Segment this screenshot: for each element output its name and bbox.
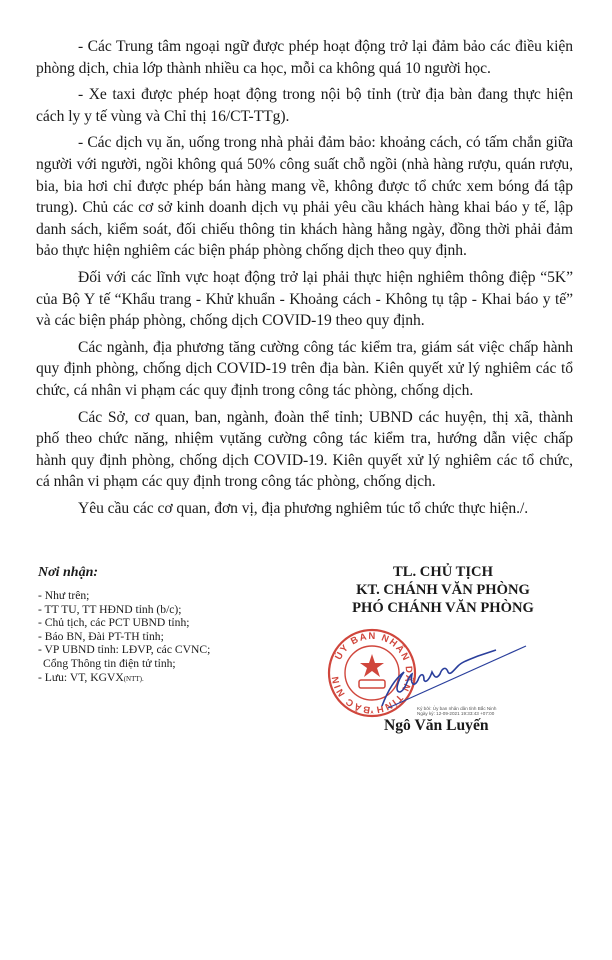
recipient-item: - VP UBND tỉnh: LĐVP, các CVNC;: [38, 643, 298, 657]
archive-suffix: (NTT).: [124, 675, 144, 683]
digital-signature-info: Ký bởi: Ủy ban nhân dân tỉnh Bắc Ninh Ng…: [417, 706, 496, 717]
paragraph-language-centers: - Các Trung tâm ngoại ngữ được phép hoạt…: [36, 36, 573, 79]
document-body: - Các Trung tâm ngoại ngữ được phép hoạt…: [36, 36, 573, 524]
handwritten-signature-icon: [378, 640, 528, 710]
signature-titles: TL. CHỦ TỊCH KT. CHÁNH VĂN PHÒNG PHÓ CHÁ…: [330, 563, 556, 617]
signature-title-line: PHÓ CHÁNH VĂN PHÒNG: [330, 599, 556, 617]
recipient-item: Cổng Thông tin điện tử tỉnh;: [38, 657, 298, 671]
recipient-item: - Chủ tịch, các PCT UBND tỉnh;: [38, 616, 298, 630]
recipient-item: - TT TU, TT HĐND tỉnh (b/c);: [38, 603, 298, 617]
signature-title-line: TL. CHỦ TỊCH: [330, 563, 556, 581]
paragraph-request: Yêu cầu các cơ quan, đơn vị, địa phương …: [36, 498, 573, 520]
archive-label: - Lưu: VT, KGVX: [38, 671, 124, 684]
paragraph-inspection: Các ngành, địa phương tăng cường công tá…: [36, 337, 573, 402]
recipient-item: - Như trên;: [38, 589, 298, 603]
signer-name: Ngô Văn Luyến: [384, 717, 489, 735]
paragraph-5k-message: Đối với các lĩnh vực hoạt động trở lại p…: [36, 267, 573, 332]
digital-signed-date: Ngày ký: 12-09-2021 19:33:43 +07:00: [417, 711, 496, 716]
recipients-list: - Như trên; - TT TU, TT HĐND tỉnh (b/c);…: [38, 589, 298, 686]
recipient-item-archive: - Lưu: VT, KGVX(NTT).: [38, 671, 298, 687]
recipient-item: - Báo BN, Đài PT-TH tỉnh;: [38, 630, 298, 644]
recipients-title: Nơi nhận:: [38, 565, 298, 581]
paragraph-departments: Các Sở, cơ quan, ban, ngành, đoàn thể tỉ…: [36, 407, 573, 493]
paragraph-taxi: - Xe taxi được phép hoạt động trong nội …: [36, 84, 573, 127]
paragraph-food-services: - Các dịch vụ ăn, uống trong nhà phải đả…: [36, 132, 573, 262]
signature-title-line: KT. CHÁNH VĂN PHÒNG: [330, 581, 556, 599]
recipients-block: Nơi nhận: - Như trên; - TT TU, TT HĐND t…: [38, 565, 298, 686]
